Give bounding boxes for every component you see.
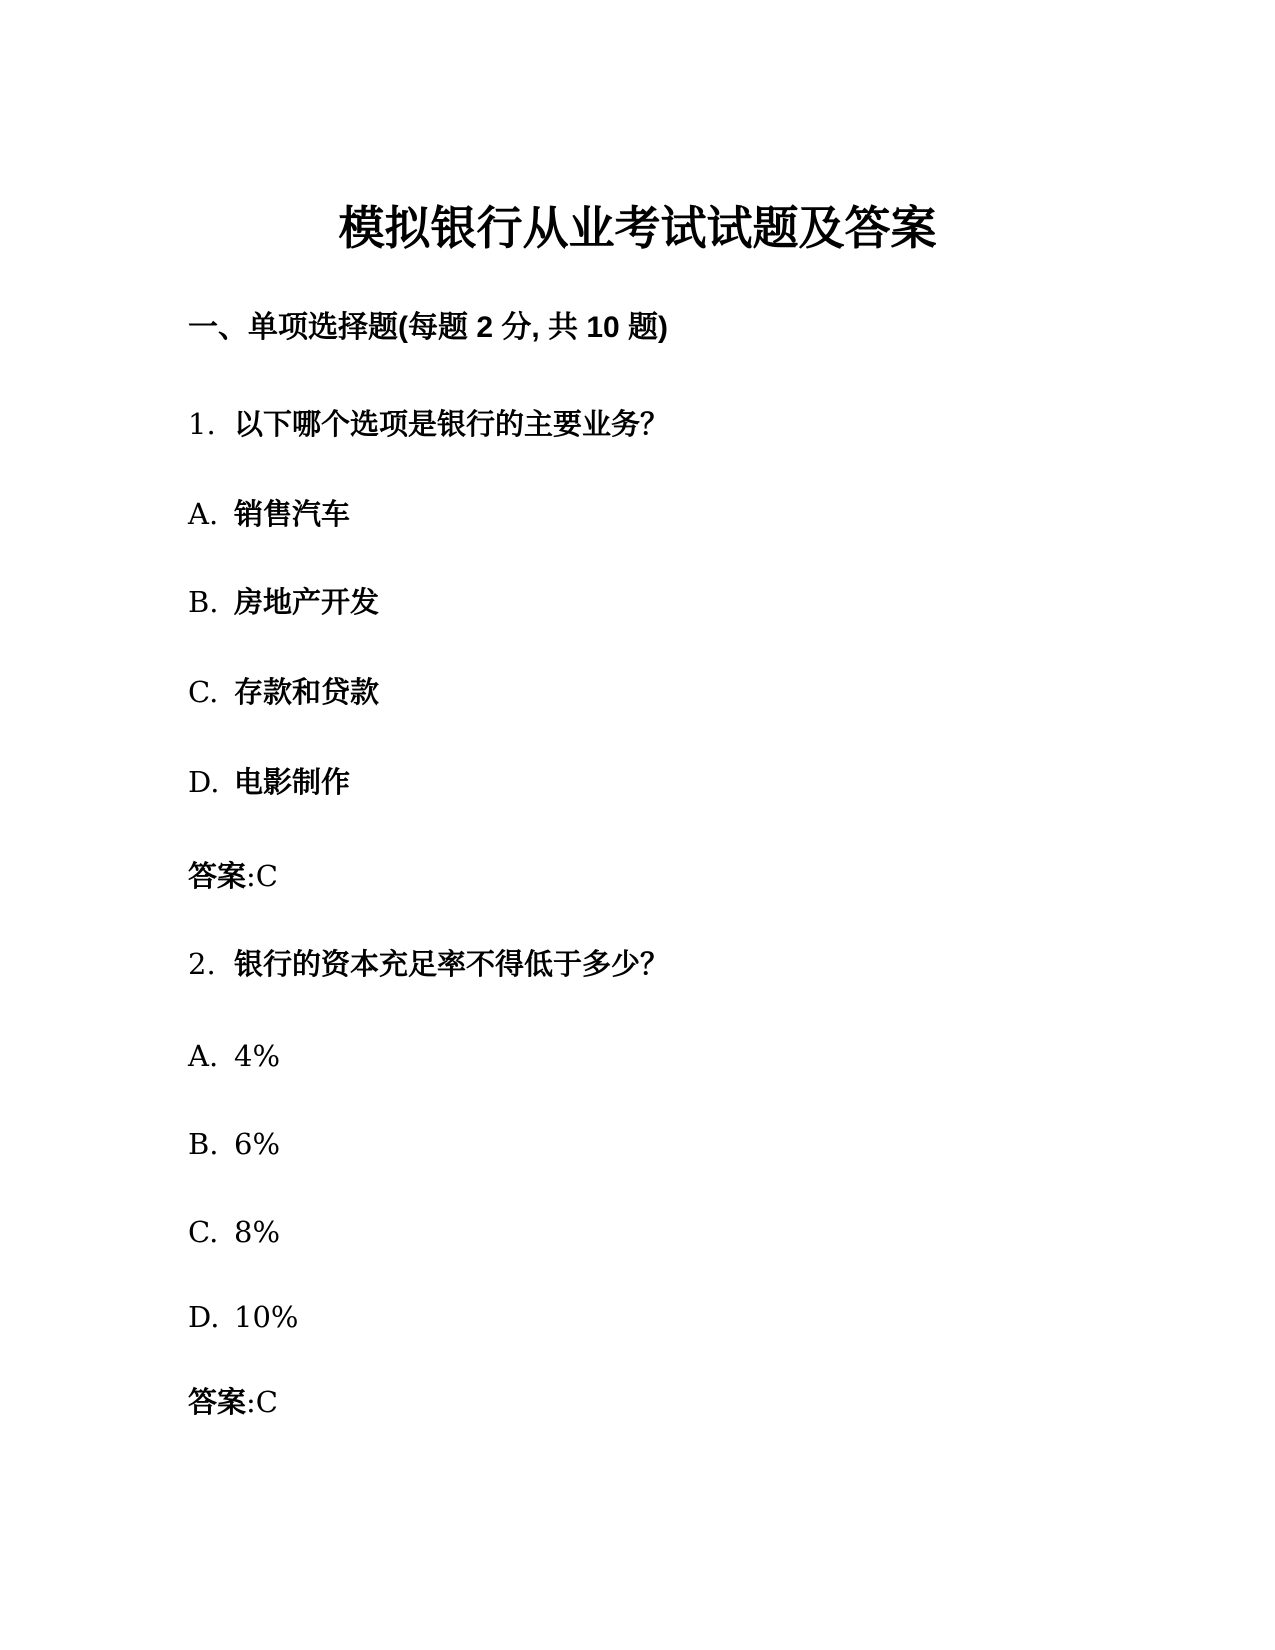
option-label: D.: [188, 765, 234, 800]
question-line-1: 1.以下哪个选项是银行的主要业务？: [188, 407, 669, 443]
option-text: 10%: [234, 1300, 298, 1334]
option-text: 6%: [234, 1127, 280, 1161]
question-number: 2.: [188, 947, 234, 982]
question-number: 1.: [188, 407, 234, 442]
option-text: 房地产开发: [234, 587, 379, 619]
answer-value: C: [256, 859, 278, 893]
answer-label: 答案: [188, 861, 246, 893]
option-text: 销售汽车: [234, 499, 350, 531]
question-text: 以下哪个选项是银行的主要业务？: [234, 409, 669, 441]
option-text: 4%: [234, 1039, 280, 1073]
option-label: C.: [188, 1215, 234, 1250]
option-label: C.: [188, 675, 234, 710]
option-line-1c: C.存款和贷款: [188, 675, 379, 711]
answer-colon: :: [246, 1385, 256, 1419]
answer-value: C: [256, 1385, 278, 1419]
option-line-1a: A.销售汽车: [188, 497, 350, 533]
answer-label: 答案: [188, 1387, 246, 1419]
option-label: B.: [188, 585, 234, 620]
option-label: A.: [188, 497, 234, 532]
option-line-2d: D.10%: [188, 1300, 298, 1335]
document-title: 模拟银行从业考试试题及答案: [0, 202, 1275, 254]
option-line-2b: B.6%: [188, 1127, 280, 1162]
option-text: 存款和贷款: [234, 677, 379, 709]
option-text: 电影制作: [234, 767, 350, 799]
answer-line-2: 答案:C: [188, 1385, 278, 1421]
option-label: D.: [188, 1300, 234, 1335]
option-label: B.: [188, 1127, 234, 1162]
answer-line-1: 答案:C: [188, 859, 278, 895]
document-page: 模拟银行从业考试试题及答案 一、单项选择题(每题 2 分, 共 10 题) 1.…: [0, 0, 1275, 1650]
option-label: A.: [188, 1039, 234, 1074]
option-line-2a: A.4%: [188, 1039, 280, 1074]
question-line-2: 2.银行的资本充足率不得低于多少？: [188, 947, 669, 983]
answer-colon: :: [246, 859, 256, 893]
section-heading: 一、单项选择题(每题 2 分, 共 10 题): [188, 310, 668, 345]
question-text: 银行的资本充足率不得低于多少？: [234, 949, 669, 981]
option-line-1b: B.房地产开发: [188, 585, 379, 621]
option-line-1d: D.电影制作: [188, 765, 350, 801]
option-text: 8%: [234, 1215, 280, 1249]
option-line-2c: C.8%: [188, 1215, 280, 1250]
